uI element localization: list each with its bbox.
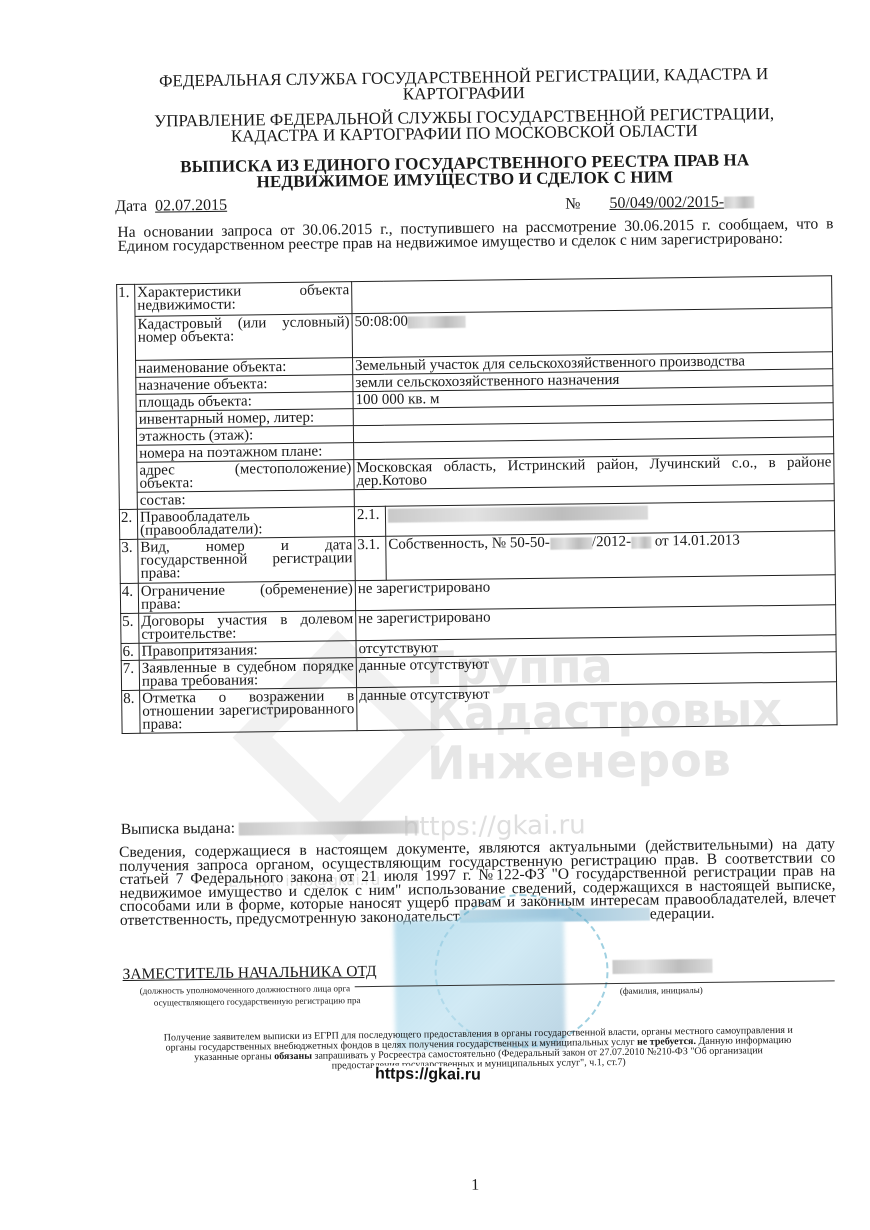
- row-label: Характеристики объекта недвижимости:: [135, 282, 352, 317]
- position-caption-line2: осуществляющего государственную регистра…: [140, 994, 361, 1009]
- row-label: Вид, номер и дата государственной регист…: [138, 537, 356, 584]
- row-label: Заявленные в судебном порядке права треб…: [139, 658, 356, 691]
- redacted-owner: [388, 506, 648, 523]
- date-field: Дата 02.07.2015: [115, 196, 265, 216]
- notice-end: едерации.: [650, 904, 715, 922]
- row-label: номера на поэтажном плане:: [137, 443, 354, 463]
- redacted-reg-suffix: [631, 536, 651, 548]
- row-label: Правообладатель (правообладатели):: [137, 507, 354, 540]
- number-value-wrap: 50/049/002/2015-: [584, 192, 829, 213]
- row-number: 3.: [120, 539, 139, 583]
- redacted-reg-number: [550, 537, 592, 550]
- document-title: ВЫПИСКА ИЗ ЕДИНОГО ГОСУДАРСТВЕННОГО РЕЕС…: [125, 152, 805, 192]
- cadastral-number: 50:08:00: [355, 313, 409, 330]
- agency-name: ФЕДЕРАЛЬНАЯ СЛУЖБА ГОСУДАРСТВЕННОЙ РЕГИС…: [114, 66, 814, 107]
- row-subnumber: 3.1.: [355, 536, 387, 580]
- number-field: № 50/049/002/2015-: [565, 192, 829, 213]
- footer-line3-text: указанные органы: [194, 1051, 274, 1063]
- site-banner-link[interactable]: https://gkai.ru: [372, 1065, 484, 1084]
- row-value: 50:08:00: [352, 308, 833, 358]
- intro-paragraph: На основании запроса от 30.06.2015 г., п…: [117, 217, 833, 254]
- row-subnumber: 2.1.: [354, 506, 385, 536]
- registry-table: 1. Характеристики объекта недвижимости: …: [116, 275, 837, 734]
- table-row: 8. Отметка о возражении в отношении заре…: [122, 682, 837, 734]
- redacted-number: [724, 197, 754, 209]
- reg-date: от 14.01.2013: [651, 532, 740, 549]
- right-type: Собственность, № 50-50-: [388, 535, 550, 553]
- row-value: Собственность, № 50-50-/2012- от 14.01.2…: [386, 531, 836, 580]
- row-number: 8.: [122, 690, 141, 733]
- row-number: 7.: [121, 660, 139, 690]
- number-label: №: [565, 195, 580, 212]
- date-value: 02.07.2015: [151, 196, 265, 215]
- number-value: 50/049/002/2015-: [609, 194, 724, 212]
- redacted-cadastral: [408, 315, 466, 328]
- date-label: Дата: [115, 198, 147, 215]
- name-caption: (фамилия, инициалы): [620, 985, 703, 996]
- page-number: 1: [471, 1177, 479, 1195]
- issued-to: Выписка выдана:: [121, 817, 419, 839]
- row-label: Ограничение (обременение) права:: [138, 581, 355, 614]
- department-name: УПРАВЛЕНИЕ ФЕДЕРАЛЬНОЙ СЛУЖБЫ ГОСУДАРСТВ…: [114, 106, 814, 147]
- reg-number-mid: /2012-: [592, 534, 631, 550]
- row-value: данные отсутствуют: [357, 682, 837, 731]
- row-label: адрес (местоположение) объекта:: [137, 460, 354, 493]
- row-label: Кадастровый (или условный) номер объекта…: [135, 314, 353, 361]
- footer-line3-bold: обязаны: [274, 1051, 312, 1062]
- row-label: Договоры участия в долевом строительстве…: [139, 611, 356, 644]
- row-number: 4.: [120, 583, 138, 613]
- row-number: 5.: [121, 613, 139, 643]
- document-page: ФЕДЕРАЛЬНАЯ СЛУЖБА ГОСУДАРСТВЕННОЙ РЕГИС…: [0, 0, 870, 1230]
- signatory-position: ЗАМЕСТИТЕЛЬ НАЧАЛЬНИКА ОТД: [122, 963, 376, 984]
- redacted-recipient: [239, 820, 419, 835]
- issued-label: Выписка выдана:: [121, 820, 235, 838]
- redacted-name: [612, 959, 712, 974]
- position-caption: (должность уполномоченного должностного …: [140, 982, 361, 1009]
- row-label: Отметка о возражении в отношении зарегис…: [140, 688, 358, 734]
- row-number: 6.: [121, 643, 139, 660]
- row-number: 2.: [119, 509, 137, 539]
- watermark-text-3: Инженеров: [427, 737, 731, 787]
